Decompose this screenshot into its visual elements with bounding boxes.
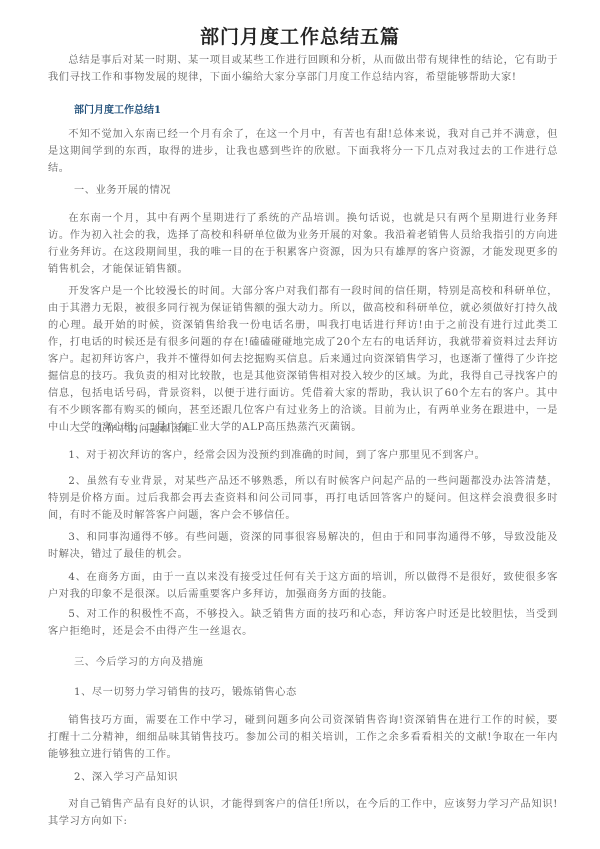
paragraph-business-overview: 在东南一个月，其中有两个星期进行了系统的产品培训。换句话说，也就是只有两个星期进… (48, 210, 558, 278)
problem-item-2: 2、虽然有专业背景，对某些产品还不够熟悉，所以有时候客户问起产品的一些问题都没办… (48, 473, 558, 524)
intro-paragraph: 总结是事后对某一时期、某一项目或某些工作进行回顾和分析，从而做出带有规律性的结论… (48, 52, 558, 86)
paragraph-product-knowledge: 对自己销售产品有良好的认识，才能得到客户的信任!所以，在今后的工作中，应该努力学… (48, 796, 558, 830)
section-heading-problems: 二、工作中的问题和困难 (74, 420, 193, 435)
section-heading-business: 一、业务开展的情况 (74, 181, 171, 196)
plan-item-1-heading: 1、尽一切努力学习销售的技巧，锻炼销售心态 (74, 683, 297, 698)
paragraph-opening: 不知不觉加入东南已经一个月有余了，在这一个月中，有苦也有甜!总体来说，我对自己并… (48, 126, 558, 177)
document-title: 部门月度工作总结五篇 (0, 22, 600, 49)
paragraph-sales-skills: 销售技巧方面，需要在工作中学习，碰到问题多向公司资深销售咨询!资深销售在进行工作… (48, 712, 558, 763)
problem-item-4: 4、在商务方面，由于一直以来没有接受过任何有关于这方面的培训，所以做得不是很好，… (48, 569, 558, 603)
document-page: 部门月度工作总结五篇 总结是事后对某一时期、某一项目或某些工作进行回顾和分析，从… (0, 0, 600, 849)
section-heading-plans: 三、今后学习的方向及措施 (74, 653, 203, 668)
paragraph-client-development: 开发客户是一个比较漫长的时间。大部分客户对我们都有一段时间的信任期，特别是高校和… (48, 283, 558, 436)
plan-item-2-heading: 2、深入学习产品知识 (74, 768, 178, 783)
problem-item-1: 1、对于初次拜访的客户，经常会因为没预约到准确的时间，到了客户那里见不到客户。 (48, 447, 558, 464)
problem-item-3: 3、和同事沟通得不够。有些问题，资深的同事很容易解决的，但由于和同事沟通得不够，… (48, 529, 558, 563)
problem-item-5: 5、对工作的积极性不高，不够投入。缺乏销售方面的技巧和心态，拜访客户时还是比较胆… (48, 606, 558, 640)
subheading-summary-1: 部门月度工作总结1 (74, 101, 161, 116)
